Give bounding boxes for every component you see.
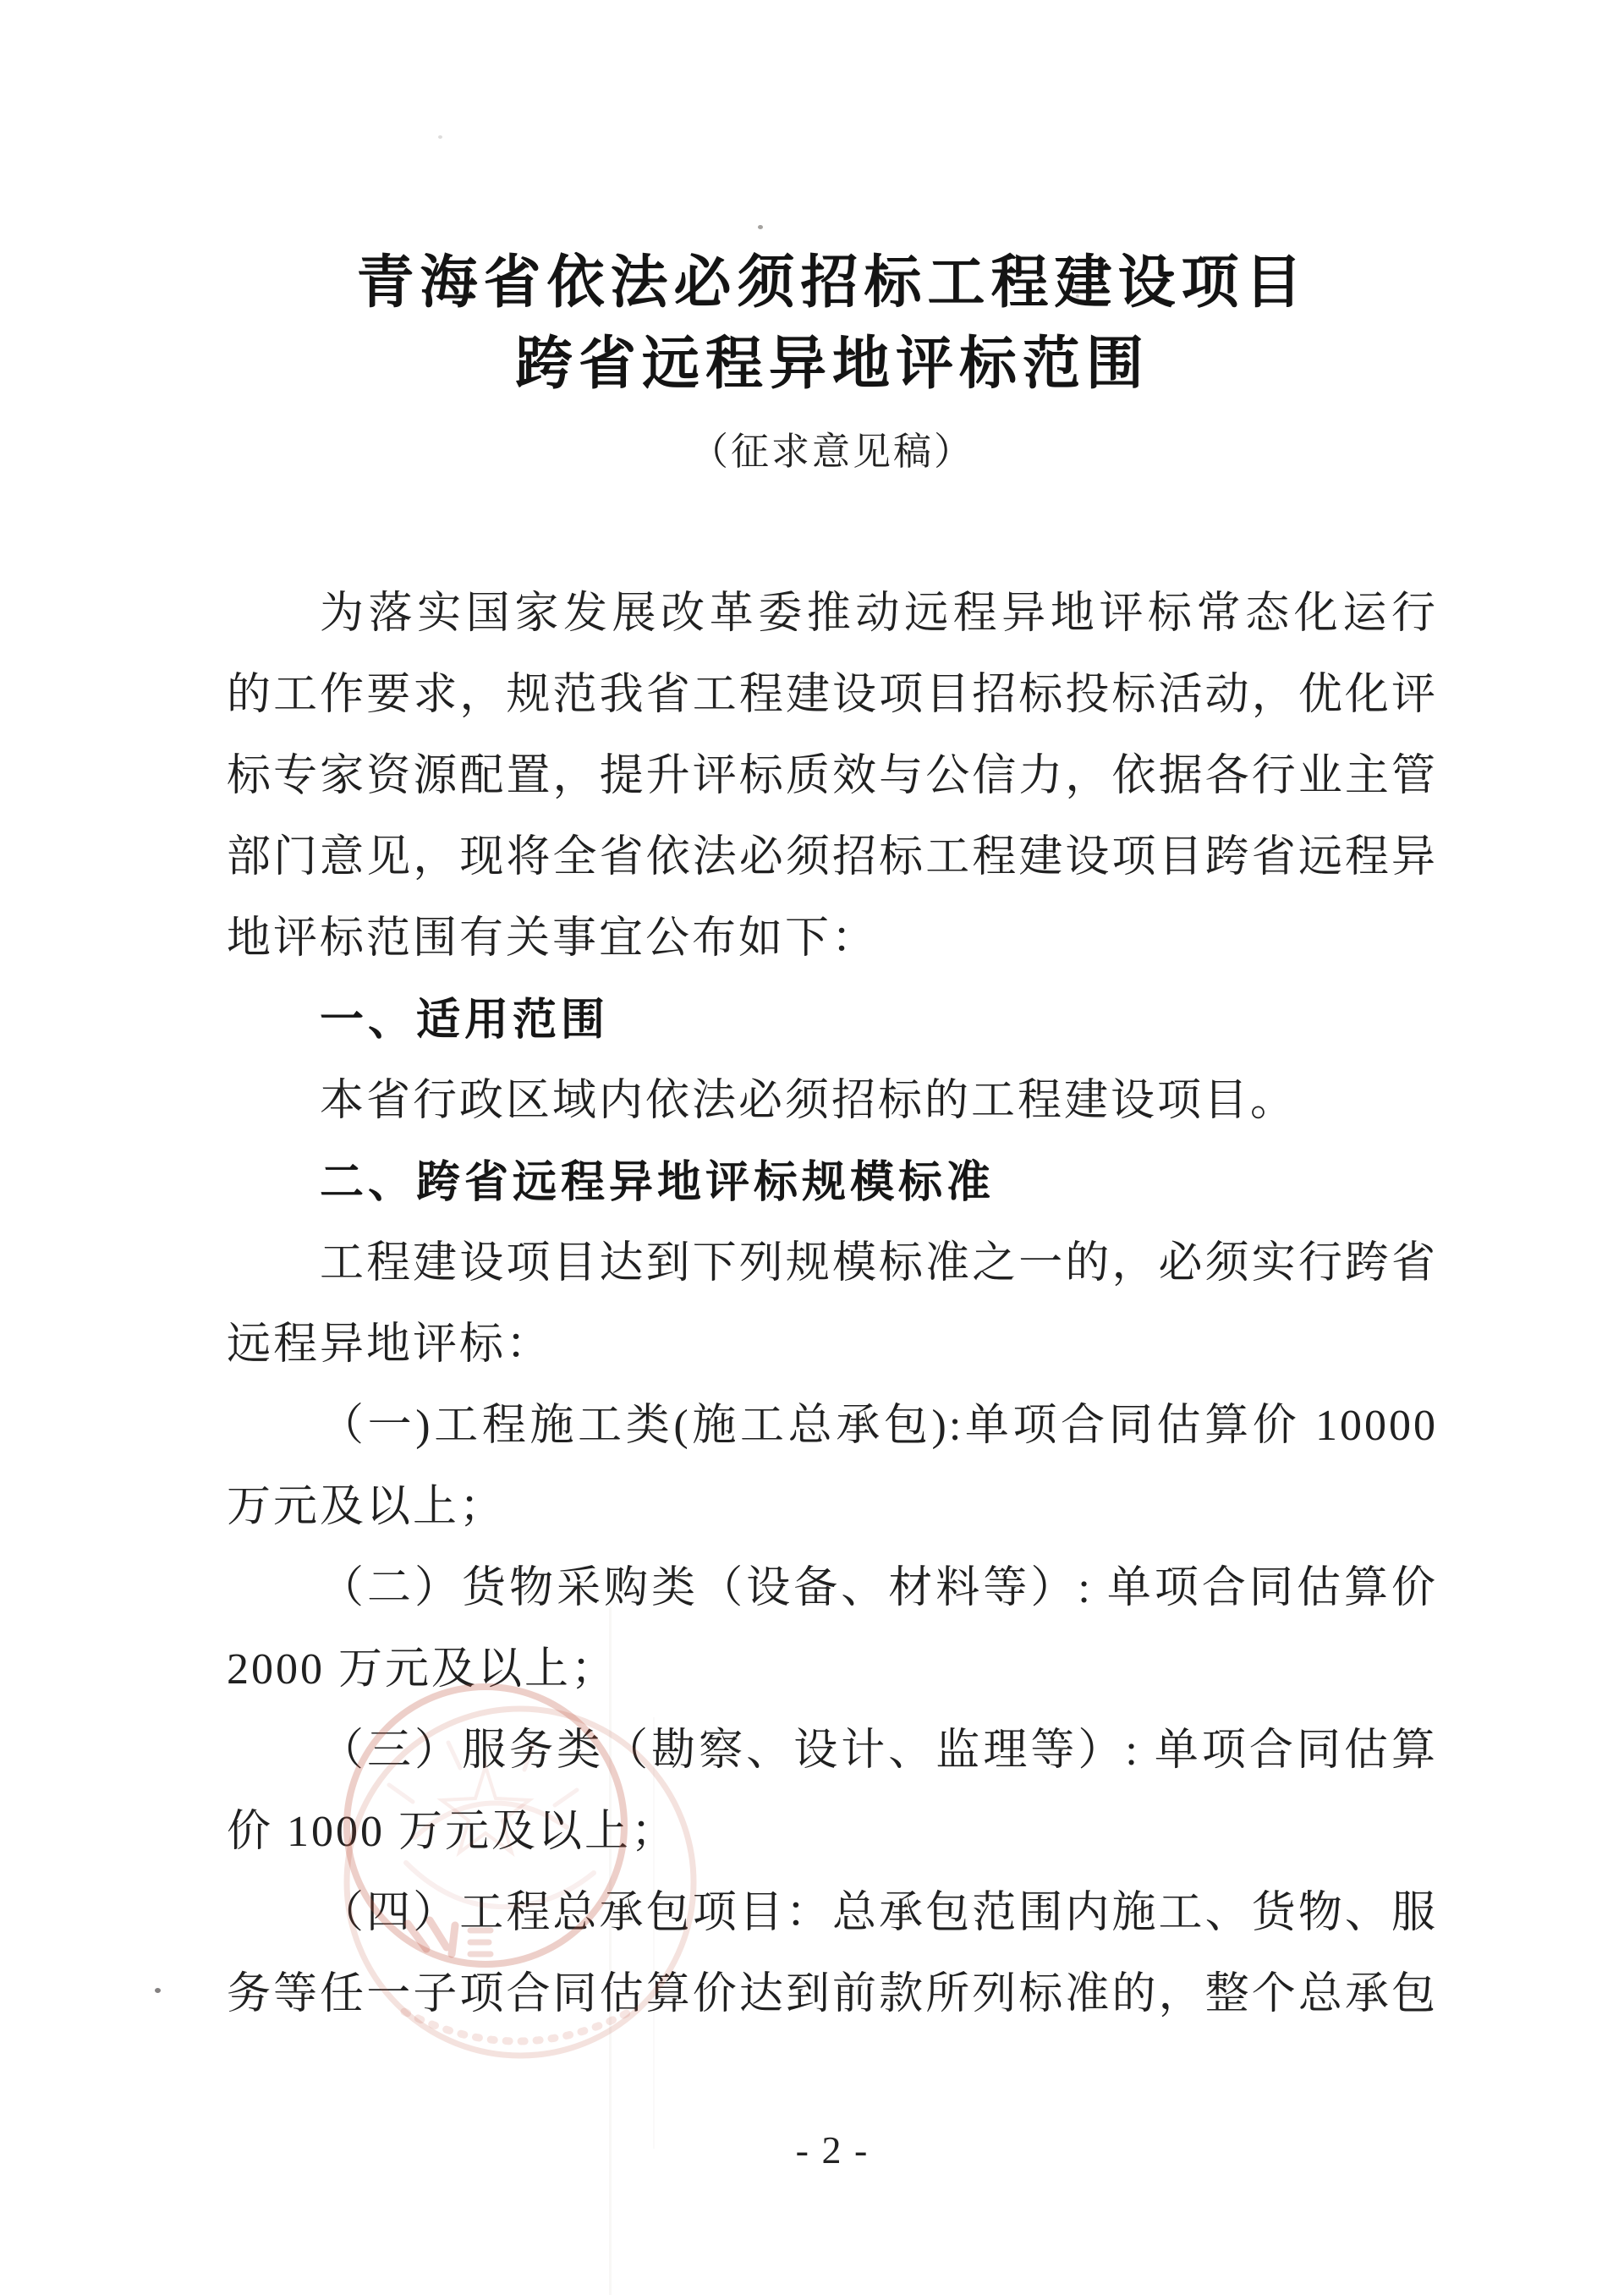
document-line: （一)工程施工类(施工总承包):单项合同估算价 10000 xyxy=(227,1386,1438,1467)
document-line: 为落实国家发展改革委推动远程异地评标常态化运行 xyxy=(227,574,1438,655)
document-line: 工程建设项目达到下列规模标准之一的，必须实行跨省 xyxy=(227,1223,1438,1304)
document-line: （四）工程总承包项目：总承包范围内施工、货物、服 xyxy=(227,1873,1438,1954)
title-line-1: 青海省依法必须招标工程建设项目 xyxy=(227,242,1438,323)
scan-speck xyxy=(438,135,442,139)
scanned-document-page: 青海省依法必须招标工程建设项目 跨省远程异地评标范围 （征求意见稿） 为落实国家… xyxy=(0,0,1624,2295)
document-title: 青海省依法必须招标工程建设项目 跨省远程异地评标范围 xyxy=(227,242,1438,404)
section-heading-1: 一、适用范围 xyxy=(227,980,1438,1061)
subtitle-draft-note: （征求意见稿） xyxy=(227,425,1438,479)
document-line: 价 1000 万元及以上； xyxy=(227,1792,1438,1873)
document-line: 本省行政区域内依法必须招标的工程建设项目。 xyxy=(227,1061,1438,1142)
document-line: 标专家资源配置，提升评标质效与公信力，依据各行业主管 xyxy=(227,736,1438,817)
document-line: 部门意见，现将全省依法必须招标工程建设项目跨省远程异 xyxy=(227,817,1438,898)
title-line-2: 跨省远程异地评标范围 xyxy=(227,323,1438,404)
document-body: 为落实国家发展改革委推动远程异地评标常态化运行 的工作要求，规范我省工程建设项目… xyxy=(227,574,1438,2035)
document-line: （二）货物采购类（设备、材料等）: 单项合同估算价 xyxy=(227,1548,1438,1629)
section-heading-2: 二、跨省远程异地评标规模标准 xyxy=(227,1142,1438,1223)
scan-speck xyxy=(155,1988,161,1993)
document-line: 务等任一子项合同估算价达到前款所列标准的，整个总承包 xyxy=(227,1954,1438,2035)
document-line: 地评标范围有关事宜公布如下： xyxy=(227,898,1438,980)
document-line: 万元及以上； xyxy=(227,1467,1438,1548)
document-line: （三）服务类（勘察、设计、监理等）: 单项合同估算 xyxy=(227,1710,1438,1792)
document-line: 的工作要求，规范我省工程建设项目招标投标活动，优化评 xyxy=(227,655,1438,736)
page-number: - 2 - xyxy=(227,2128,1438,2172)
document-line: 2000 万元及以上； xyxy=(227,1629,1438,1710)
document-line: 远程异地评标： xyxy=(227,1304,1438,1386)
scan-speck xyxy=(758,225,763,229)
